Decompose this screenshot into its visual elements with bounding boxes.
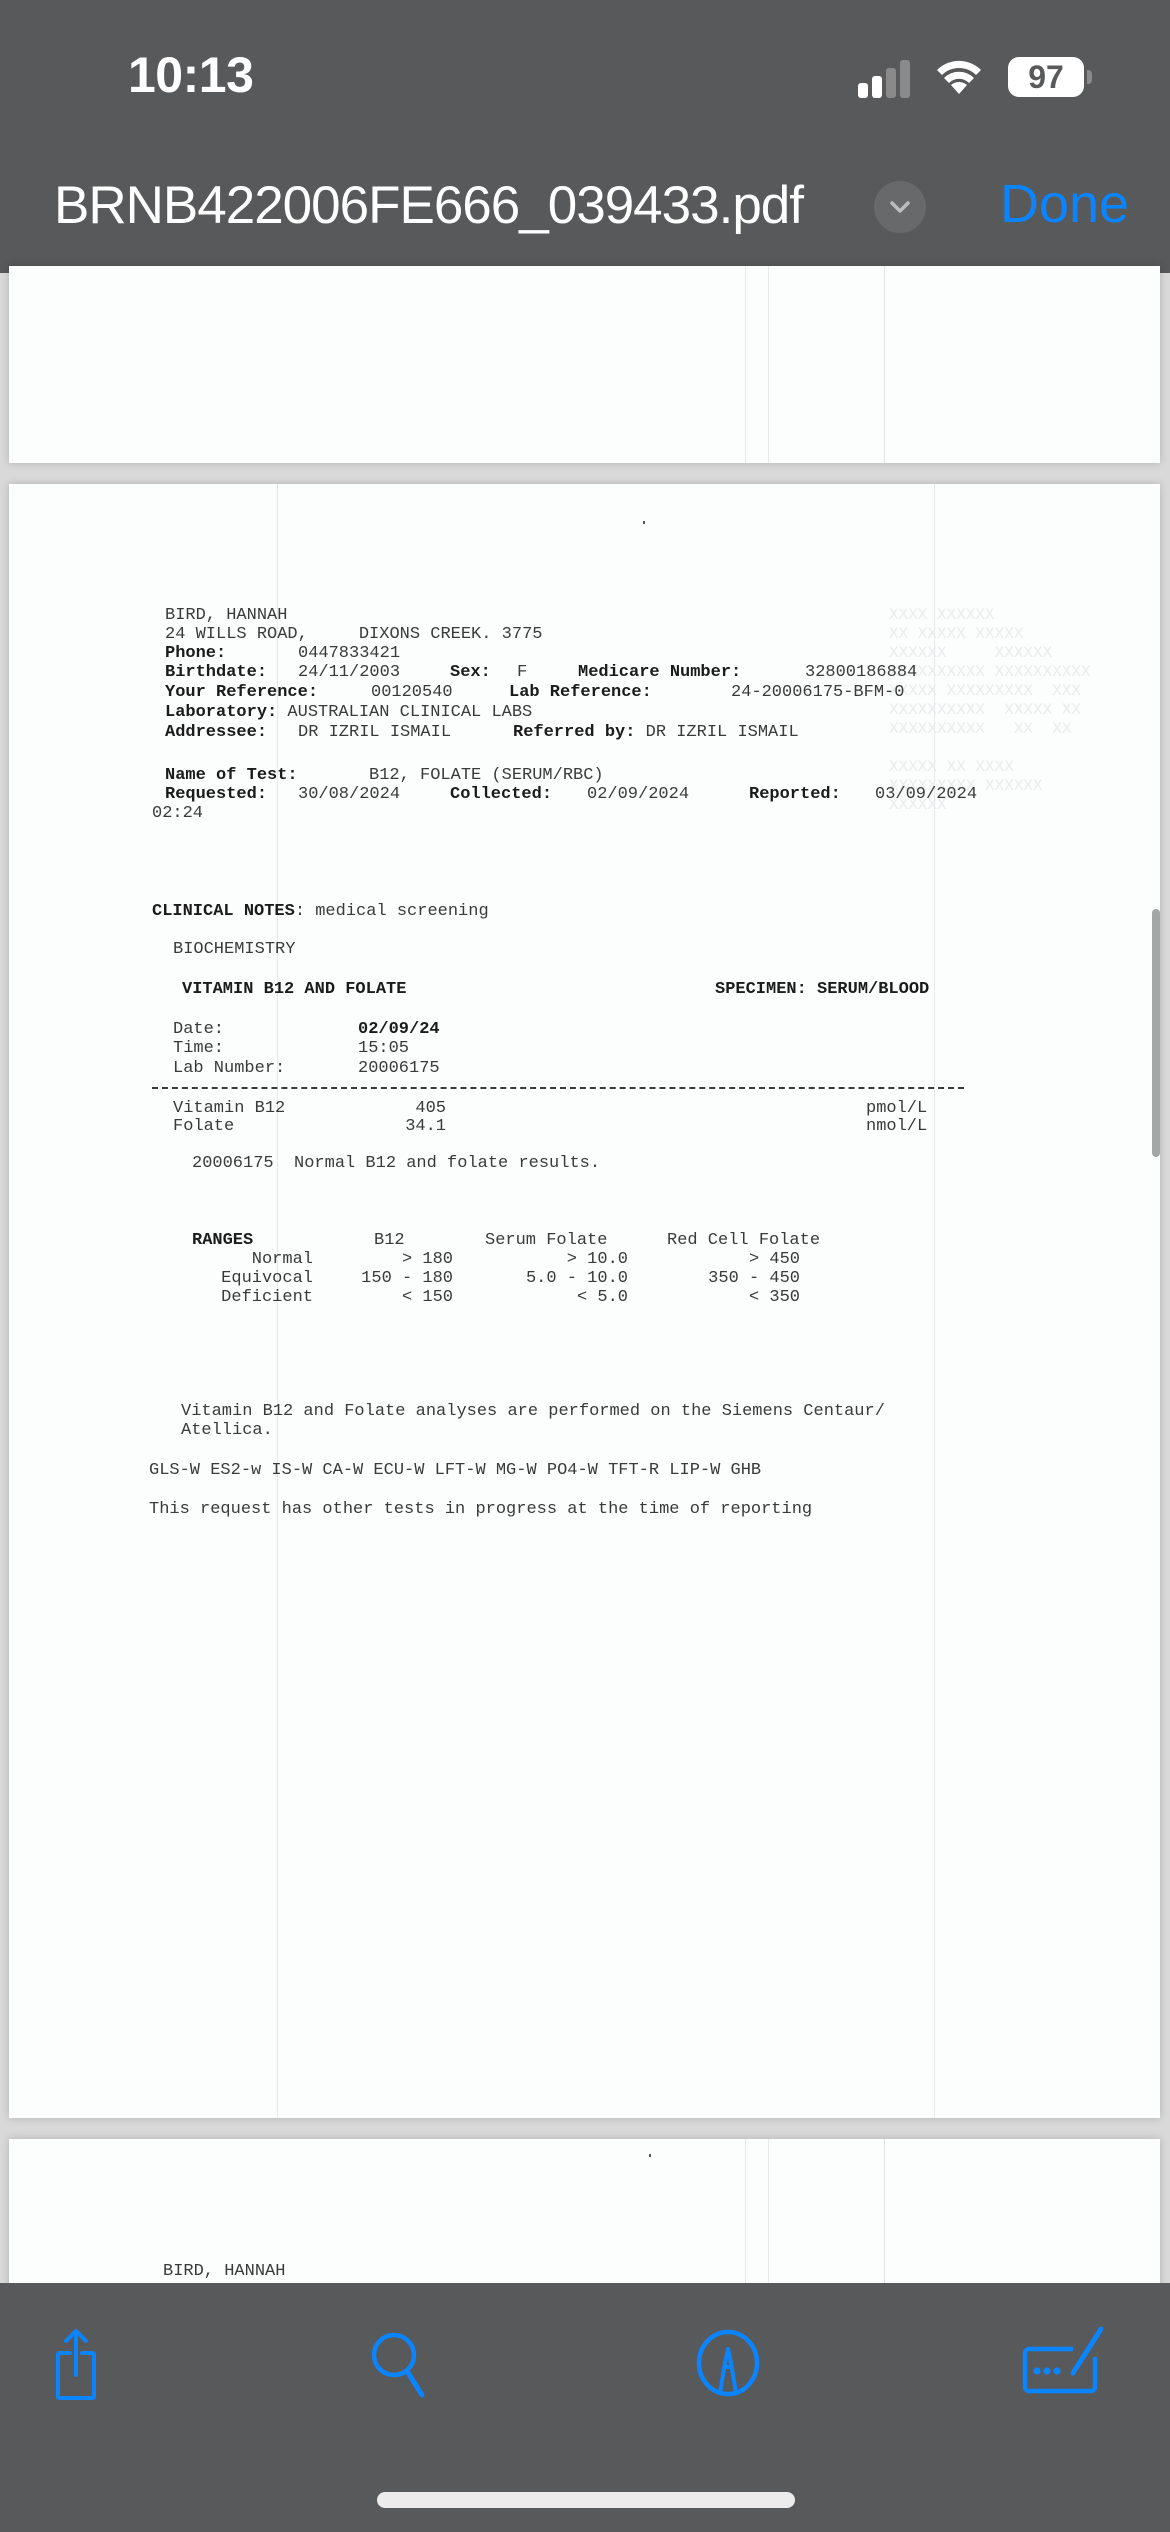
next-page-patient-name: BIRD, HANNAH: [163, 2262, 285, 2281]
wifi-icon: [934, 56, 984, 96]
vertical-scrollbar[interactable]: [1152, 909, 1160, 1157]
method-note-line1: Vitamin B12 and Folate analyses are perf…: [181, 1402, 885, 1421]
fill-and-sign-icon: [1015, 2323, 1115, 2403]
phone-value: 0447833421: [298, 644, 400, 663]
phone-row: Phone:: [165, 644, 226, 663]
result-comment: 20006175 Normal B12 and folate results.: [192, 1154, 600, 1173]
date-value: 02/09/24: [358, 1020, 440, 1039]
ranges-rbc-folate-value: 350 - 450: [708, 1269, 800, 1288]
ranges-rbc-folate-value: > 450: [749, 1250, 800, 1269]
battery-icon: 97: [1008, 57, 1084, 97]
lab-number-value: 20006175: [358, 1059, 440, 1078]
result-unit: nmol/L: [866, 1117, 927, 1136]
share-icon: [44, 2323, 124, 2403]
method-note-line2: Atellica.: [181, 1421, 273, 1440]
address-suburb: DIXONS CREEK.: [359, 625, 492, 644]
reported-label: Reported:: [749, 785, 841, 804]
document-title: BRNB422006FE666_039433.pdf: [54, 175, 803, 236]
pdf-page-report: XXXX XXXXXX XX XXXXX XXXXX XXXXXX XXXXXX…: [9, 484, 1160, 2118]
ranges-serum-folate-value: 5.0 - 10.0: [526, 1269, 628, 1288]
clinical-notes: CLINICAL NOTES: medical screening: [152, 902, 489, 921]
fill-and-sign-button[interactable]: [1015, 2323, 1115, 2403]
medicare-label: Medicare Number:: [578, 663, 741, 682]
share-button[interactable]: [44, 2323, 124, 2403]
result-name: Folate: [173, 1117, 234, 1136]
lab-number-label: Lab Number:: [173, 1059, 285, 1078]
time-label: Time:: [173, 1039, 224, 1058]
requested-label: Requested:: [165, 785, 267, 804]
reported-time: 02:24: [152, 804, 203, 823]
ranges-b12-value: > 180: [402, 1250, 453, 1269]
clinical-notes-value: : medical screening: [295, 902, 489, 921]
markup-icon: [688, 2323, 768, 2403]
sex-label: Sex:: [450, 663, 491, 682]
ranges-header-serum-folate: Serum Folate: [485, 1231, 607, 1250]
status-bar: 10:13 97: [0, 0, 1170, 135]
result-value: 405: [415, 1099, 446, 1118]
requested-value: 30/08/2024: [298, 785, 400, 804]
done-button[interactable]: Done: [1000, 173, 1129, 235]
date-label: Date:: [173, 1020, 224, 1039]
ranges-serum-folate-value: > 10.0: [567, 1250, 628, 1269]
search-button[interactable]: [360, 2323, 440, 2403]
time-value: 15:05: [358, 1039, 409, 1058]
phone-label: Phone:: [165, 644, 226, 663]
dashed-divider: [152, 1087, 964, 1089]
ranges-header-red-cell-folate: Red Cell Folate: [667, 1231, 820, 1250]
section-title: VITAMIN B12 AND FOLATE: [182, 980, 406, 999]
laboratory-row: Laboratory: AUSTRALIAN CLINICAL LABS: [165, 703, 532, 722]
battery-tip: [1087, 70, 1092, 84]
ranges-header-b12: B12: [374, 1231, 405, 1250]
ranges-row-label: Normal: [252, 1250, 313, 1269]
search-icon: [360, 2323, 440, 2403]
clinical-notes-label: CLINICAL NOTES: [152, 902, 295, 921]
document-nav-bar: BRNB422006FE666_039433.pdf Done: [0, 135, 1170, 273]
patient-name: BIRD, HANNAH: [165, 606, 287, 625]
collected-value: 02/09/2024: [587, 785, 689, 804]
test-codes: GLS-W ES2-w IS-W CA-W ECU-W LFT-W MG-W P…: [149, 1461, 761, 1480]
status-time: 10:13: [128, 46, 253, 104]
test-name-label: Name of Test:: [165, 766, 298, 785]
scan-speck: [649, 2154, 651, 2157]
ranges-title: RANGES: [192, 1231, 253, 1250]
specimen-type: SPECIMEN: SERUM/BLOOD: [715, 980, 929, 999]
patient-address: 24 WILLS ROAD, DIXONS CREEK. 3775: [165, 625, 542, 644]
laboratory-value: AUSTRALIAN CLINICAL LABS: [287, 703, 532, 722]
ranges-rbc-folate-value: < 350: [749, 1288, 800, 1307]
lab-reference-value: 24-20006175-BFM-0: [731, 683, 904, 702]
ranges-serum-folate-value: < 5.0: [577, 1288, 628, 1307]
ranges-b12-value: < 150: [402, 1288, 453, 1307]
referred-by-value: DR IZRIL ISMAIL: [646, 723, 799, 742]
scan-artifact-line: [745, 266, 746, 463]
referred-by-label: Referred by:: [513, 723, 635, 742]
department-heading: BIOCHEMISTRY: [173, 940, 295, 959]
birthdate-value: 24/11/2003: [298, 663, 400, 682]
your-reference-value: 00120540: [371, 683, 453, 702]
chevron-down-icon: [888, 199, 912, 215]
addressee-value: DR IZRIL ISMAIL: [298, 723, 451, 742]
test-name-value: B12, FOLATE (SERUM/RBC): [369, 766, 604, 785]
result-unit: pmol/L: [866, 1099, 927, 1118]
ranges-row-label: Deficient: [221, 1288, 313, 1307]
your-reference-label: Your Reference:: [165, 683, 318, 702]
title-menu-button[interactable]: [874, 181, 926, 233]
collected-label: Collected:: [450, 785, 552, 804]
ranges-row-label: Equivocal: [221, 1269, 313, 1288]
scan-speck: [643, 521, 645, 524]
home-indicator[interactable]: [377, 2492, 795, 2508]
addressee-label: Addressee:: [165, 723, 267, 742]
reported-value: 03/09/2024: [875, 785, 977, 804]
birthdate-label: Birthdate:: [165, 663, 267, 682]
sex-value: F: [517, 663, 527, 682]
ranges-b12-value: 150 - 180: [361, 1269, 453, 1288]
referred-by-row: Referred by: DR IZRIL ISMAIL: [513, 723, 799, 742]
scan-artifact-line: [768, 266, 769, 463]
result-name: Vitamin B12: [173, 1099, 285, 1118]
scan-artifact-line: [884, 266, 885, 463]
result-value: 34.1: [405, 1117, 446, 1136]
medicare-value: 32800186884: [805, 663, 917, 682]
pdf-page-previous: [9, 266, 1160, 463]
lab-reference-label: Lab Reference:: [509, 683, 652, 702]
laboratory-label: Laboratory:: [165, 703, 277, 722]
address-street: 24 WILLS ROAD,: [165, 625, 308, 644]
markup-button[interactable]: [688, 2323, 768, 2403]
cellular-signal-icon: [858, 58, 912, 98]
bleed-through-text: XXXX XXXXXX XX XXXXX XXXXX XXXXXX XXXXXX…: [889, 606, 1091, 815]
address-postcode: 3775: [502, 625, 543, 644]
pending-tests-note: This request has other tests in progress…: [149, 1500, 812, 1519]
